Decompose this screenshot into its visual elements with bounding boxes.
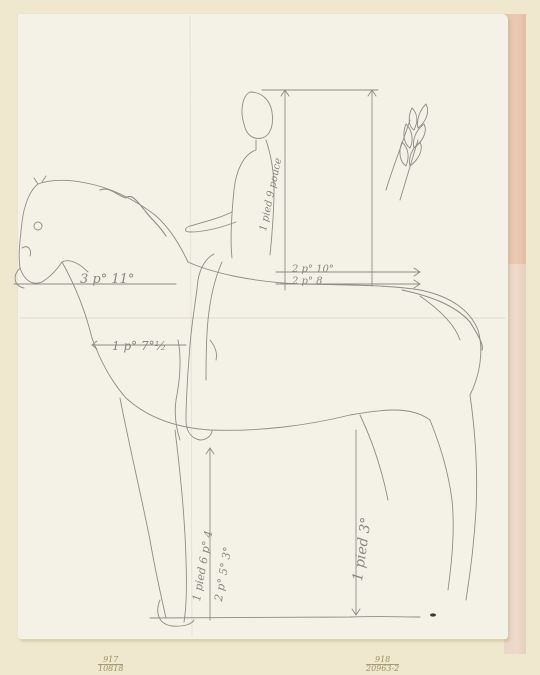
inventory-mark-1-bottom: 10818 <box>98 665 123 673</box>
inventory-mark-1: 917 10818 <box>98 656 123 673</box>
annotation-rump-lower: 2 p° 8 <box>292 276 322 287</box>
annotation-chest-width: 1 p° 7°½ <box>112 339 166 353</box>
inventory-mark-2-bottom: 20963-2 <box>366 665 399 673</box>
annotation-rump-upper: 2 p° 10° <box>292 264 334 275</box>
inventory-mark-2: 918 20963-2 <box>366 656 399 673</box>
annotation-neck-width: 3 p° 11° <box>80 272 134 287</box>
pencil-drawing <box>0 0 540 675</box>
